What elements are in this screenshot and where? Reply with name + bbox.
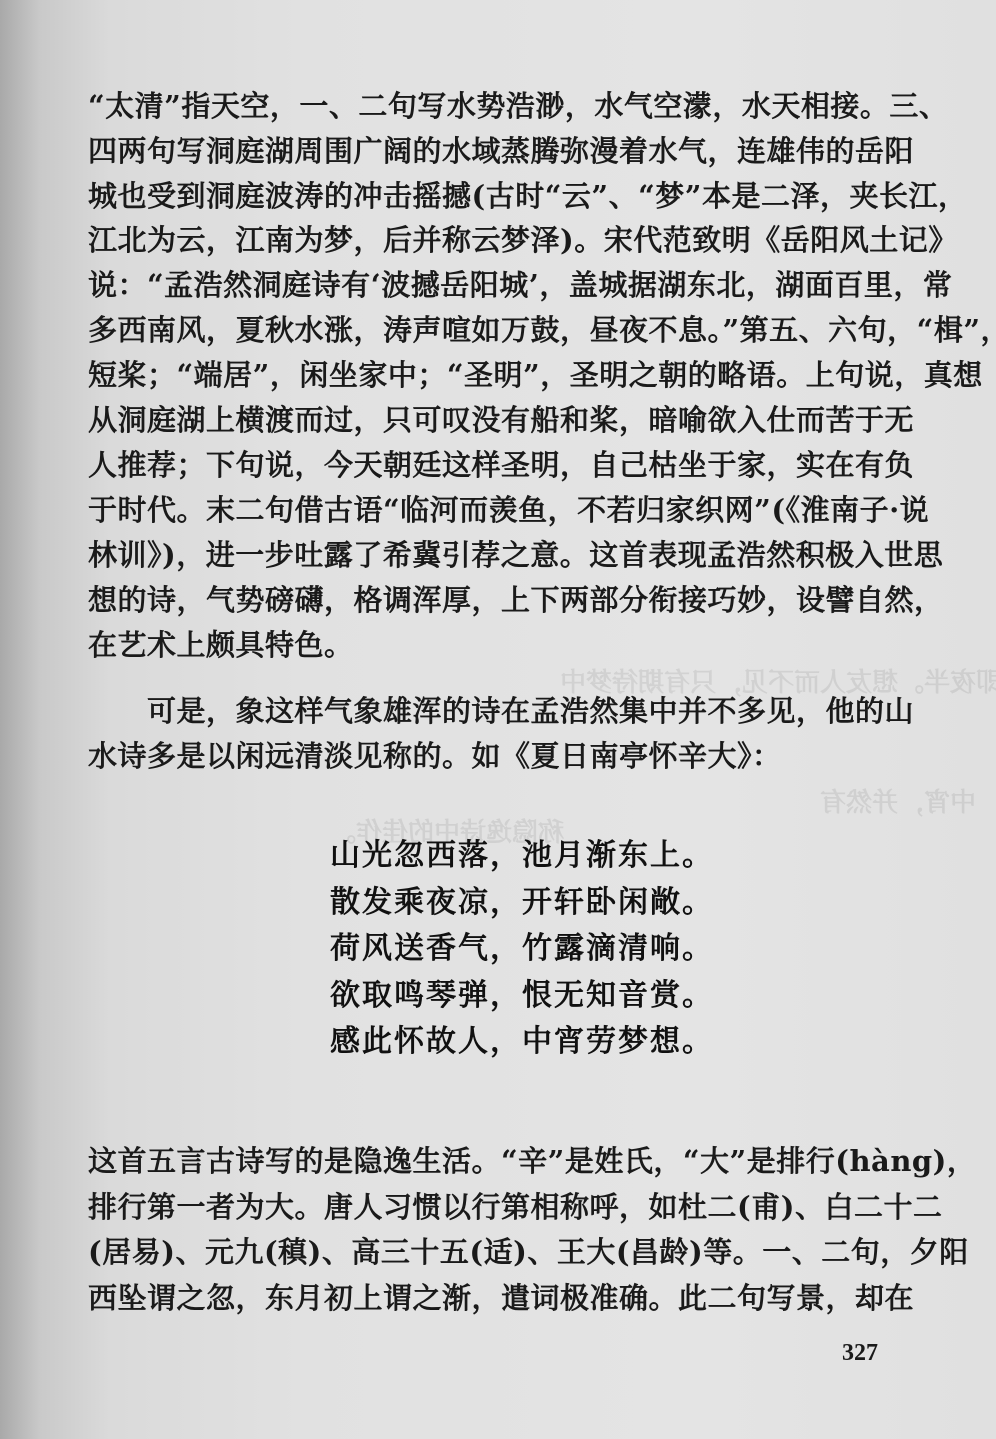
text-line: (居易)、元九(稹)、高三十五(适)、王大(昌龄)等。一、二句，夕阳 xyxy=(88,1232,969,1272)
poem-line: 山光忽西落，池月渐东上。 xyxy=(330,836,714,876)
text-line: 城也受到洞庭波涛的冲击摇撼(古时“云”、“梦”本是二泽，夹长江， xyxy=(88,176,967,216)
text-line: 多西南风，夏秋水涨，涛声喧如万鼓，昼夜不息。”第五、六句，“楫”， xyxy=(88,310,996,350)
page-number: 327 xyxy=(842,1340,878,1367)
text-line: 在艺术上颇具特色。 xyxy=(88,625,354,665)
poem-line: 荷风送香气，竹露滴清响。 xyxy=(330,929,714,969)
poem-line: 欲取鸣琴弹，恨无知音赏。 xyxy=(330,976,714,1016)
text-line: 从洞庭湖上横渡而过，只可叹没有船和桨，暗喻欲入仕而苦于无 xyxy=(88,400,914,440)
text-line: 水诗多是以闲远清淡见称的。如《夏日南亭怀辛大》： xyxy=(88,736,782,776)
poem-line: 感此怀故人，中宵劳梦想。 xyxy=(330,1022,714,1062)
text-line: 排行第一者为大。唐人习惯以行第相称呼，如杜二(甫)、白二十二 xyxy=(88,1187,942,1227)
text-line: 想的诗，气势磅礴，格调浑厚，上下两部分衔接巧妙，设譬自然， xyxy=(88,580,944,620)
text-line: 西坠谓之忽，东月初上谓之渐，遣词极准确。此二句写景，却在 xyxy=(88,1278,914,1318)
text-line: 这首五言古诗写的是隐逸生活。“辛”是姓氏，“大”是排行(hàng)， xyxy=(88,1141,976,1181)
text-line: 于时代。末二句借古语“临河而羡鱼，不若归家织网”(《淮南子·说 xyxy=(88,490,929,530)
text-line: “太清”指天空，一、二句写水势浩渺，水气空濛，水天相接。三、 xyxy=(88,86,948,126)
bleed-through-text: 中宵，并然有 xyxy=(820,782,976,819)
text-line: 人推荐；下句说，今天朝廷这样圣明，自己枯坐于家，实在有负 xyxy=(88,445,914,485)
text-line: 说：“孟浩然洞庭诗有‘波撼岳阳城’，盖城据湖东北，湖面百里，常 xyxy=(88,265,952,305)
text-line: 林训》)，进一步吐露了希冀引荐之意。这首表现孟浩然积极入世思 xyxy=(88,535,943,575)
poem-line: 散发乘夜凉，开轩卧闲敞。 xyxy=(330,883,714,923)
text-line: 短桨；“端居”，闲坐家中；“圣明”，圣明之朝的略语。上句说，真想 xyxy=(88,355,983,395)
text-line: 四两句写洞庭湖周围广阔的水域蒸腾弥漫着水气，连雄伟的岳阳 xyxy=(88,131,914,171)
text-line: 可是，象这样气象雄浑的诗在孟浩然集中并不多见，他的山 xyxy=(88,691,914,731)
text-line: 江北为云，江南为梦，后并称云梦泽)。宋代范致明《岳阳风土记》 xyxy=(88,220,958,260)
